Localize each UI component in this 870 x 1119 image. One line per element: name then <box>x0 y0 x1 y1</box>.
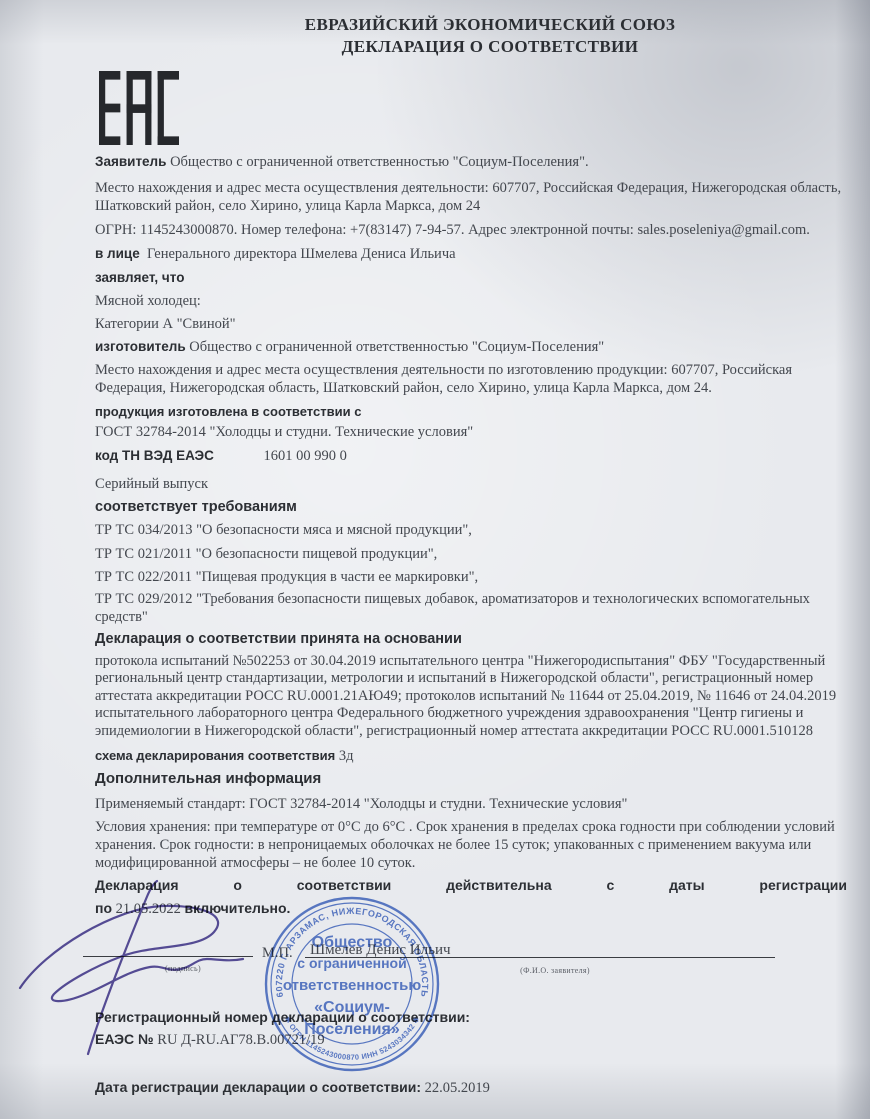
regulation-item: ТР ТС 029/2012 "Требования безопасности … <box>95 590 847 626</box>
compliance-label: соответствует требованиям <box>95 498 847 516</box>
applicant-label: Заявитель <box>95 154 166 169</box>
additional-info-label: Дополнительная информация <box>95 770 847 788</box>
regulation-item: ТР ТС 021/2011 "О безопасности пищевой п… <box>95 545 847 563</box>
tnved-code: 1601 00 990 0 <box>264 448 347 464</box>
stamp-center-line: ответственностью <box>283 977 422 994</box>
applicant-line: Заявитель Общество с ограниченной ответс… <box>95 153 847 171</box>
document-body: Заявитель Общество с ограниченной ответс… <box>95 0 847 1119</box>
in-person-value: Генерального директора Шмелева Дениса Ил… <box>147 246 456 262</box>
company-stamp: 607220 Г. АРЗАМАС, НИЖЕГОРОДСКАЯ ОБЛАСТЬ… <box>242 874 462 1094</box>
applicant-address: Место нахождения и адрес места осуществл… <box>95 179 847 215</box>
validity-statement: Декларация о соответствии действительна … <box>95 876 847 894</box>
signature-caption: (подпись) <box>123 964 243 973</box>
release-type: Серийный выпуск <box>95 475 847 493</box>
stamp-center-line: «Социум- <box>314 999 390 1016</box>
applicant-name: Общество с ограниченной ответственностью… <box>170 154 589 170</box>
fio-caption: (Ф.И.О. заявителя) <box>455 966 655 975</box>
manufacturer-label: изготовитель <box>95 339 186 354</box>
scheme-value: 3д <box>339 748 354 764</box>
regulation-item: ТР ТС 034/2013 "О безопасности мяса и мя… <box>95 521 847 539</box>
validity-until-date: 21.05.2022 <box>116 901 181 917</box>
manufacturer-line: изготовитель Общество с ограниченной отв… <box>95 338 847 356</box>
registration-number-prefix: ЕАЭС № <box>95 1031 154 1047</box>
registration-date-line: Дата регистрации декларации о соответств… <box>95 1078 847 1097</box>
signature-line <box>83 956 253 957</box>
product-category: Категории А "Свиной" <box>95 315 847 333</box>
product-name: Мясной холодец: <box>95 292 847 310</box>
validity-until-prefix: по <box>95 900 112 916</box>
applicant-contacts: ОГРН: 1145243000870. Номер телефона: +7(… <box>95 221 847 239</box>
stamp-center-line: Поселения» <box>304 1021 400 1038</box>
in-person-line: в лице Генерального директора Шмелева Де… <box>95 245 847 263</box>
registration-number-label: Регистрационный номер декларации о соотв… <box>95 1008 847 1027</box>
gost-standard: ГОСТ 32784-2014 "Холодцы и студни. Техни… <box>95 423 847 441</box>
validity-until-line: по 21.05.2022 включительно. <box>95 899 847 918</box>
registration-number-line: ЕАЭС № RU Д-RU.АГ78.В.00721/19 <box>95 1030 847 1049</box>
applied-standard: Применяемый стандарт: ГОСТ 32784-2014 "Х… <box>95 795 847 813</box>
stamp-center-line: Общество <box>312 934 393 951</box>
scheme-line: схема декларирования соответствия 3д <box>95 747 847 765</box>
document-photo: ЕВРАЗИЙСКИЙ ЭКОНОМИЧЕСКИЙ СОЮЗ ДЕКЛАРАЦИ… <box>0 0 870 1119</box>
manufacturer-address: Место нахождения и адрес места осуществл… <box>95 361 847 397</box>
basis-label: Декларация о соответствии принята на осн… <box>95 630 847 648</box>
regulation-item: ТР ТС 022/2011 "Пищевая продукция в част… <box>95 568 847 586</box>
scheme-label: схема декларирования соответствия <box>95 748 335 763</box>
stamp-center-line: с ограниченной <box>297 955 406 971</box>
in-person-label: в лице <box>95 246 140 261</box>
declares-label: заявляет, что <box>95 269 847 287</box>
tnved-label: код ТН ВЭД ЕАЭС <box>95 448 214 463</box>
tnved-line: код ТН ВЭД ЕАЭС 1601 00 990 0 <box>95 447 847 465</box>
storage-conditions: Условия хранения: при температуре от 0°С… <box>95 818 847 872</box>
made-in-accordance-label: продукция изготовлена в соответствии с <box>95 403 847 421</box>
manufacturer-name: Общество с ограниченной ответственностью… <box>189 339 604 355</box>
basis-text: протокола испытаний №502253 от 30.04.201… <box>95 653 847 740</box>
